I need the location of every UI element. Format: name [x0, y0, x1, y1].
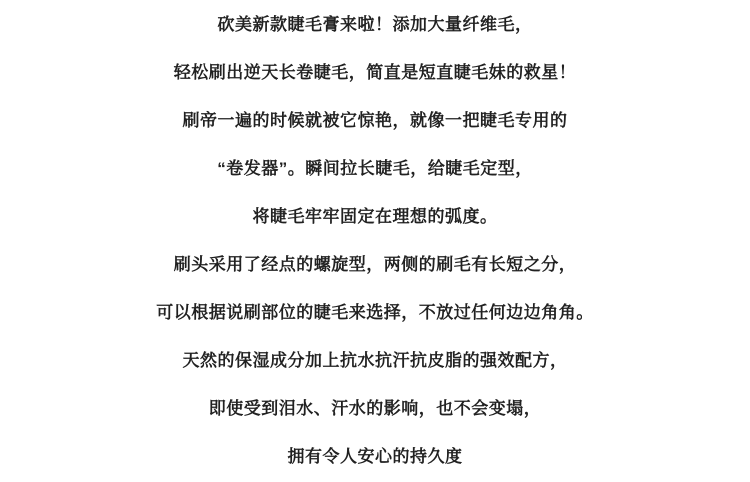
text-line: “卷发器”。瞬间拉长睫毛，给睫毛定型，	[0, 145, 750, 193]
text-line: 轻松刷出逆天长卷睫毛，简直是短直睫毛妹的救星！	[0, 49, 750, 97]
text-line: 拥有令人安心的持久度	[0, 433, 750, 481]
text-line: 砍美新款睫毛膏来啦！添加大量纤维毛，	[0, 1, 750, 49]
text-line: 即使受到泪水、汗水的影响，也不会变塌，	[0, 385, 750, 433]
text-line: 可以根据说刷部位的睫毛来选择，不放过任何边边角角。	[0, 289, 750, 337]
product-description-page: 砍美新款睫毛膏来啦！添加大量纤维毛， 轻松刷出逆天长卷睫毛，简直是短直睫毛妹的救…	[0, 0, 750, 482]
text-line: 刷头采用了经点的螺旋型，两侧的刷毛有长短之分，	[0, 241, 750, 289]
text-line: 天然的保湿成分加上抗水抗汗抗皮脂的强效配方，	[0, 337, 750, 385]
text-line: 将睫毛牢牢固定在理想的弧度。	[0, 193, 750, 241]
description-text-block: 砍美新款睫毛膏来啦！添加大量纤维毛， 轻松刷出逆天长卷睫毛，简直是短直睫毛妹的救…	[0, 0, 750, 481]
text-line: 刷帝一遍的时候就被它惊艳，就像一把睫毛专用的	[0, 97, 750, 145]
